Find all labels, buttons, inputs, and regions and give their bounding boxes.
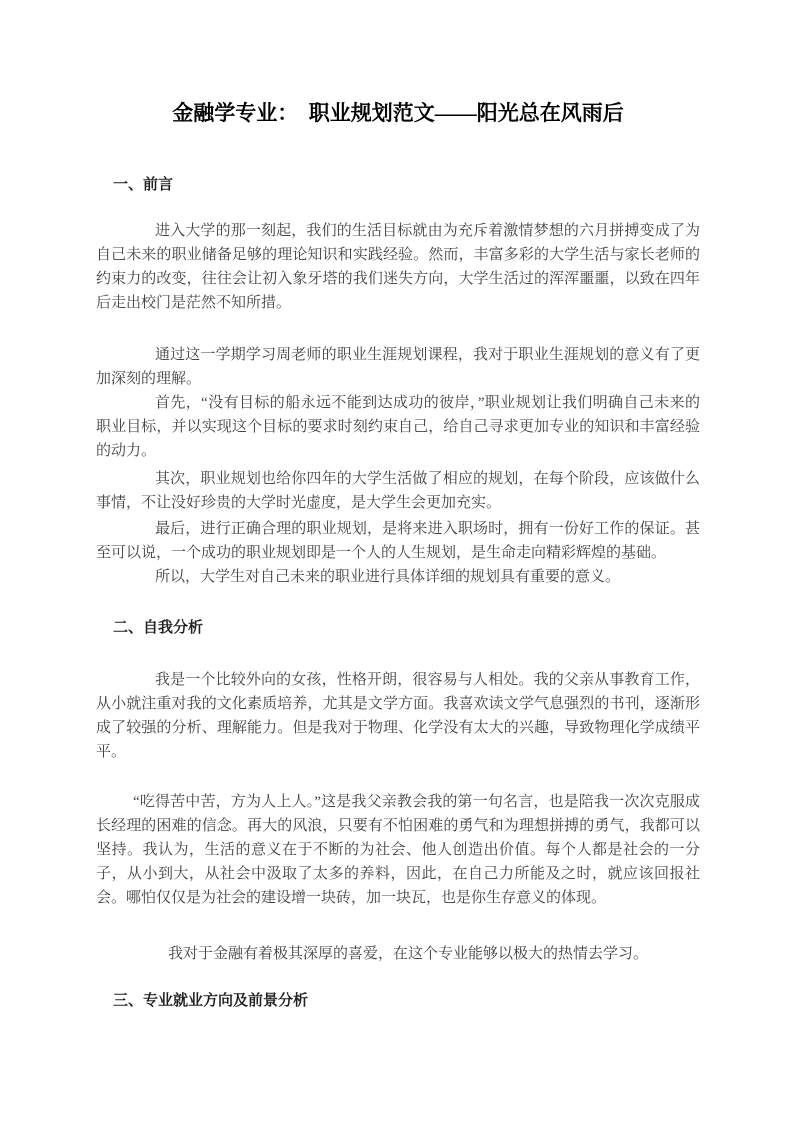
section-heading-foreword: 一、前言 bbox=[113, 173, 700, 197]
document-title: 金融学专业： 职业规划范文——阳光总在风雨后 bbox=[96, 97, 700, 129]
paragraph-self-analysis-3: 我对于金融有着极其深厚的喜爱，在这个专业能够以极大的热情去学习。 bbox=[96, 942, 700, 966]
paragraph-foreword-2: 通过这一学期学习周老师的职业生涯规划课程，我对于职业生涯规划的意义有了更加深刻的… bbox=[96, 343, 700, 391]
document-page: 金融学专业： 职业规划范文——阳光总在风雨后 一、前言 进入大学的那一刻起，我们… bbox=[0, 0, 793, 1122]
paragraph-foreword-1: 进入大学的那一刻起，我们的生活目标就由为充斥着激情梦想的六月拼搏变成了为自己未来… bbox=[96, 219, 700, 315]
paragraph-foreword-4: 其次，职业规划也给你四年的大学生活做了相应的规划，在每个阶段，应该做什么事情，不… bbox=[96, 467, 700, 515]
paragraph-foreword-5: 最后，进行正确合理的职业规划，是将来进入职场时，拥有一份好工作的保证。甚至可以说… bbox=[96, 517, 700, 565]
paragraph-foreword-3: 首先，“没有目标的船永远不能到达成功的彼岸，”职业规划让我们明确自己未来的职业目… bbox=[96, 391, 700, 463]
section-heading-self-analysis: 二、自我分析 bbox=[113, 616, 700, 640]
paragraph-self-analysis-1: 我是一个比较外向的女孩，性格开朗，很容易与人相处。我的父亲从事教育工作，从小就注… bbox=[96, 668, 700, 764]
paragraph-foreword-6: 所以，大学生对自己未来的职业进行具体详细的规划具有重要的意义。 bbox=[96, 565, 700, 589]
paragraph-self-analysis-2: “吃得苦中苦，方为人上人。”这是我父亲教会我的第一句名言，也是陪我一次次克服成长… bbox=[96, 790, 700, 910]
section-heading-career-prospects: 三、专业就业方向及前景分析 bbox=[113, 989, 700, 1013]
